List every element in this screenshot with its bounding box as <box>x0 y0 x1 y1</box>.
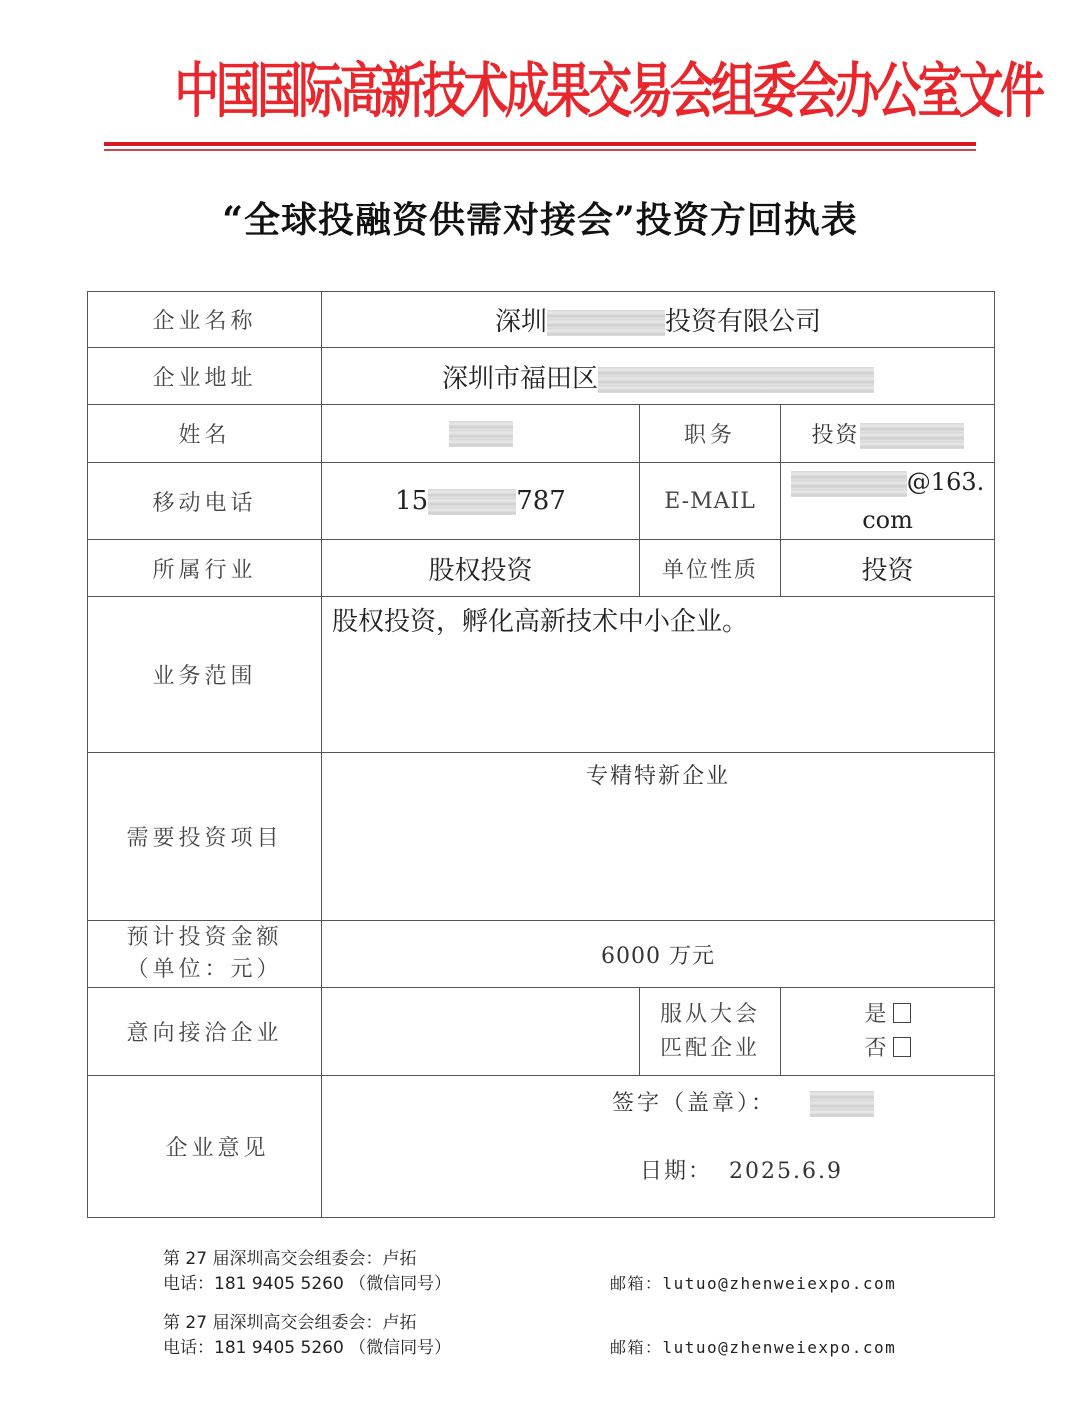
redacted-block <box>428 489 516 515</box>
row-target-company: 意向接洽企业 服从大会 匹配企业 是 否 <box>88 988 995 1076</box>
option-no[interactable]: 否 <box>781 1032 994 1066</box>
signature-label: 签字（盖章）： <box>612 1091 776 1116</box>
field-unit-nature[interactable]: 投资 <box>781 540 995 597</box>
label-obey-line2: 匹配企业 <box>640 1032 780 1066</box>
option-yes-label: 是 <box>865 1002 891 1027</box>
field-investment-project[interactable]: 专精特新企业 <box>322 753 995 921</box>
footer-contact-email-2: 邮箱：lutuo@zhenweiexpo.com <box>610 1335 896 1358</box>
field-obey-match: 是 否 <box>781 988 995 1076</box>
label-email: E-MAIL <box>640 463 781 540</box>
row-industry: 所属行业 股权投资 单位性质 投资 <box>88 540 995 597</box>
email-label: 邮箱： <box>610 1338 663 1357</box>
label-amount-line2: （单位：元） <box>88 954 321 986</box>
label-obey-line1: 服从大会 <box>640 998 780 1032</box>
form-title: “全球投融资供需对接会”投资方回执表 <box>0 192 1080 243</box>
row-company-name: 企业名称 深圳投资有限公司 <box>88 292 995 348</box>
field-company-name[interactable]: 深圳投资有限公司 <box>322 292 995 348</box>
label-investment-project: 需要投资项目 <box>88 753 322 921</box>
redacted-block <box>449 421 513 447</box>
position-prefix: 投资 <box>812 423 860 448</box>
date-label: 日期： <box>640 1159 712 1184</box>
redacted-signature <box>810 1091 874 1117</box>
label-industry: 所属行业 <box>88 540 322 597</box>
redacted-block <box>860 423 964 449</box>
option-no-label: 否 <box>865 1036 891 1061</box>
document-header: 中国国际高新技术成果交易会组委会办公室文件 <box>104 52 976 132</box>
field-position[interactable]: 投资 <box>781 405 995 463</box>
header-title: 中国国际高新技术成果交易会组委会办公室文件 <box>175 46 1042 138</box>
footer-contact-phone-2: 电话：181 9405 5260 （微信同号） <box>163 1333 451 1358</box>
checkbox-no[interactable] <box>893 1037 911 1057</box>
company-name-prefix: 深圳 <box>495 307 547 337</box>
label-target-company: 意向接洽企业 <box>88 988 322 1076</box>
row-investment-project: 需要投资项目 专精特新企业 <box>88 753 995 921</box>
redacted-block <box>547 310 665 336</box>
redacted-block <box>791 471 907 497</box>
checkbox-yes[interactable] <box>893 1003 911 1023</box>
field-name[interactable] <box>322 405 640 463</box>
field-company-address[interactable]: 深圳市福田区 <box>322 348 995 405</box>
footer-contact-email-1: 邮箱：lutuo@zhenweiexpo.com <box>610 1271 896 1294</box>
redacted-block <box>598 367 874 393</box>
email-suffix: @163. <box>907 468 984 496</box>
field-mobile[interactable]: 15787 <box>322 463 640 540</box>
option-yes[interactable]: 是 <box>781 998 994 1032</box>
label-amount-line1: 预计投资金额 <box>88 922 321 954</box>
label-name: 姓名 <box>88 405 322 463</box>
date-value: 2025.6.9 <box>729 1159 843 1184</box>
email-link[interactable]: lutuo@zhenweiexpo.com <box>663 1338 897 1357</box>
row-name-position: 姓名 职务 投资 <box>88 405 995 463</box>
field-opinion[interactable]: 签字（盖章）： 日期： 2025.6.9 <box>322 1076 995 1218</box>
row-business-scope: 业务范围 股权投资，孵化高新技术中小企业。 <box>88 597 995 753</box>
row-investment-amount: 预计投资金额 （单位：元） 6000 万元 <box>88 921 995 988</box>
label-unit-nature: 单位性质 <box>640 540 781 597</box>
mobile-prefix: 15 <box>395 486 428 516</box>
field-industry[interactable]: 股权投资 <box>322 540 640 597</box>
label-mobile: 移动电话 <box>88 463 322 540</box>
label-position: 职务 <box>640 405 781 463</box>
label-investment-amount: 预计投资金额 （单位：元） <box>88 921 322 988</box>
email-link[interactable]: lutuo@zhenweiexpo.com <box>663 1274 897 1293</box>
label-obey-match: 服从大会 匹配企业 <box>640 988 781 1076</box>
signature-line: 签字（盖章）： <box>612 1086 874 1117</box>
label-opinion: 企业意见 <box>88 1076 322 1218</box>
field-target-company[interactable] <box>322 988 640 1076</box>
field-investment-amount[interactable]: 6000 万元 <box>322 921 995 988</box>
receipt-form-table: 企业名称 深圳投资有限公司 企业地址 深圳市福田区 姓名 职务 投资 移动电话 … <box>87 291 995 1218</box>
footer-contact-org-2: 第 27 届深圳高交会组委会：卢拓 <box>163 1308 416 1333</box>
row-company-address: 企业地址 深圳市福田区 <box>88 348 995 405</box>
header-rule-thin <box>104 149 976 151</box>
label-company-name: 企业名称 <box>88 292 322 348</box>
header-rule-thick <box>104 142 976 146</box>
row-opinion: 企业意见 签字（盖章）： 日期： 2025.6.9 <box>88 1076 995 1218</box>
company-name-suffix: 投资有限公司 <box>665 307 821 337</box>
label-business-scope: 业务范围 <box>88 597 322 753</box>
field-email[interactable]: @163. com <box>781 463 995 540</box>
company-address-prefix: 深圳市福田区 <box>442 364 598 394</box>
email-label: 邮箱： <box>610 1274 663 1293</box>
field-business-scope[interactable]: 股权投资，孵化高新技术中小企业。 <box>322 597 995 753</box>
date-line: 日期： 2025.6.9 <box>640 1154 843 1185</box>
row-mobile-email: 移动电话 15787 E-MAIL @163. com <box>88 463 995 540</box>
footer-contact-phone-1: 电话：181 9405 5260 （微信同号） <box>163 1269 451 1294</box>
footer-contact-org-1: 第 27 届深圳高交会组委会：卢拓 <box>163 1244 416 1269</box>
mobile-suffix: 787 <box>516 486 566 516</box>
label-company-address: 企业地址 <box>88 348 322 405</box>
email-line2: com <box>781 501 994 539</box>
